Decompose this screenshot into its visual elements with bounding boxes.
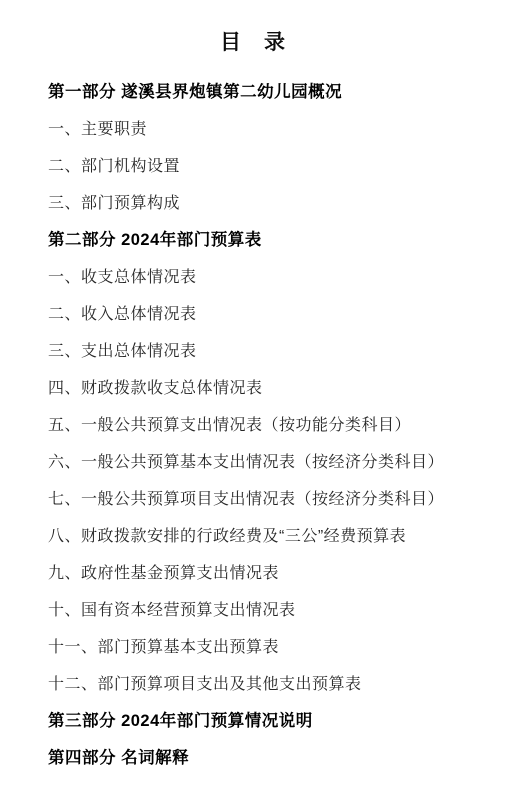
toc-entry: 四、财政拨款收支总体情况表 <box>48 380 506 397</box>
toc-entry: 十一、部门预算基本支出预算表 <box>48 639 506 656</box>
toc-entry: 三、支出总体情况表 <box>48 343 506 360</box>
toc-entry: 十、国有资本经营预算支出情况表 <box>48 602 506 619</box>
toc-entry: 五、一般公共预算支出情况表（按功能分类科目） <box>48 417 506 434</box>
toc-list: 第一部分 遂溪县界炮镇第二幼儿园概况一、主要职责二、部门机构设置三、部门预算构成… <box>48 84 506 767</box>
toc-entry: 九、政府性基金预算支出情况表 <box>48 565 506 582</box>
toc-section-heading: 第三部分 2024年部门预算情况说明 <box>48 713 506 730</box>
toc-section-heading: 第二部分 2024年部门预算表 <box>48 232 506 249</box>
toc-section-heading: 第一部分 遂溪县界炮镇第二幼儿园概况 <box>48 84 506 101</box>
toc-entry: 十二、部门预算项目支出及其他支出预算表 <box>48 676 506 693</box>
toc-entry: 二、收入总体情况表 <box>48 306 506 323</box>
toc-entry: 七、一般公共预算项目支出情况表（按经济分类科目） <box>48 491 506 508</box>
toc-section-heading: 第四部分 名词解释 <box>48 750 506 767</box>
page-title: 目 录 <box>0 0 506 56</box>
toc-entry: 二、部门机构设置 <box>48 158 506 175</box>
document-page: 目 录 第一部分 遂溪县界炮镇第二幼儿园概况一、主要职责二、部门机构设置三、部门… <box>0 0 506 802</box>
toc-entry: 一、收支总体情况表 <box>48 269 506 286</box>
toc-entry: 八、财政拨款安排的行政经费及“三公”经费预算表 <box>48 528 506 545</box>
toc-entry: 六、一般公共预算基本支出情况表（按经济分类科目） <box>48 454 506 471</box>
toc-entry: 一、主要职责 <box>48 121 506 138</box>
toc-entry: 三、部门预算构成 <box>48 195 506 212</box>
